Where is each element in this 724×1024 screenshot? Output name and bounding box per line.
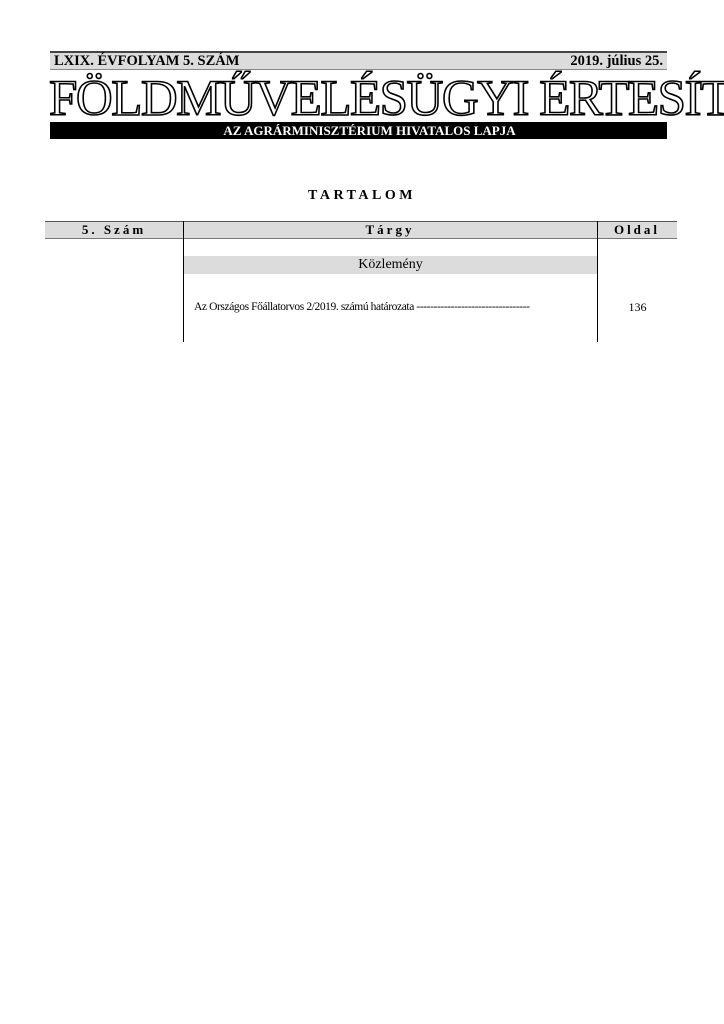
column-header-number: 5. Szám (45, 222, 183, 238)
column-header-page: Oldal (597, 222, 677, 238)
toc-title: TARTALOM (0, 187, 724, 205)
masthead-info-bar: LXIX. ÉVFOLYAM 5. SZÁM 2019. július 25. (50, 51, 667, 70)
column-divider (183, 221, 184, 342)
toc-entry-subject[interactable]: Az Országos Főállatorvos 2/2019. számú h… (194, 299, 530, 315)
toc-entry-page[interactable]: 136 (598, 299, 677, 315)
column-header-subject: Tárgy (183, 222, 597, 238)
volume-issue: LXIX. ÉVFOLYAM 5. SZÁM (54, 53, 239, 70)
publication-subtitle: AZ AGRÁRMINISZTÉRIUM HIVATALOS LAPJA (50, 122, 667, 139)
issue-date: 2019. július 25. (570, 53, 663, 70)
column-divider (597, 221, 598, 342)
toc-header: 5. Szám Tárgy Oldal (45, 221, 677, 239)
section-heading: Közlemény (184, 256, 597, 274)
publication-title: FÖLDMŰVELÉSÜGYI ÉRTESÍTŐ (49, 74, 669, 124)
